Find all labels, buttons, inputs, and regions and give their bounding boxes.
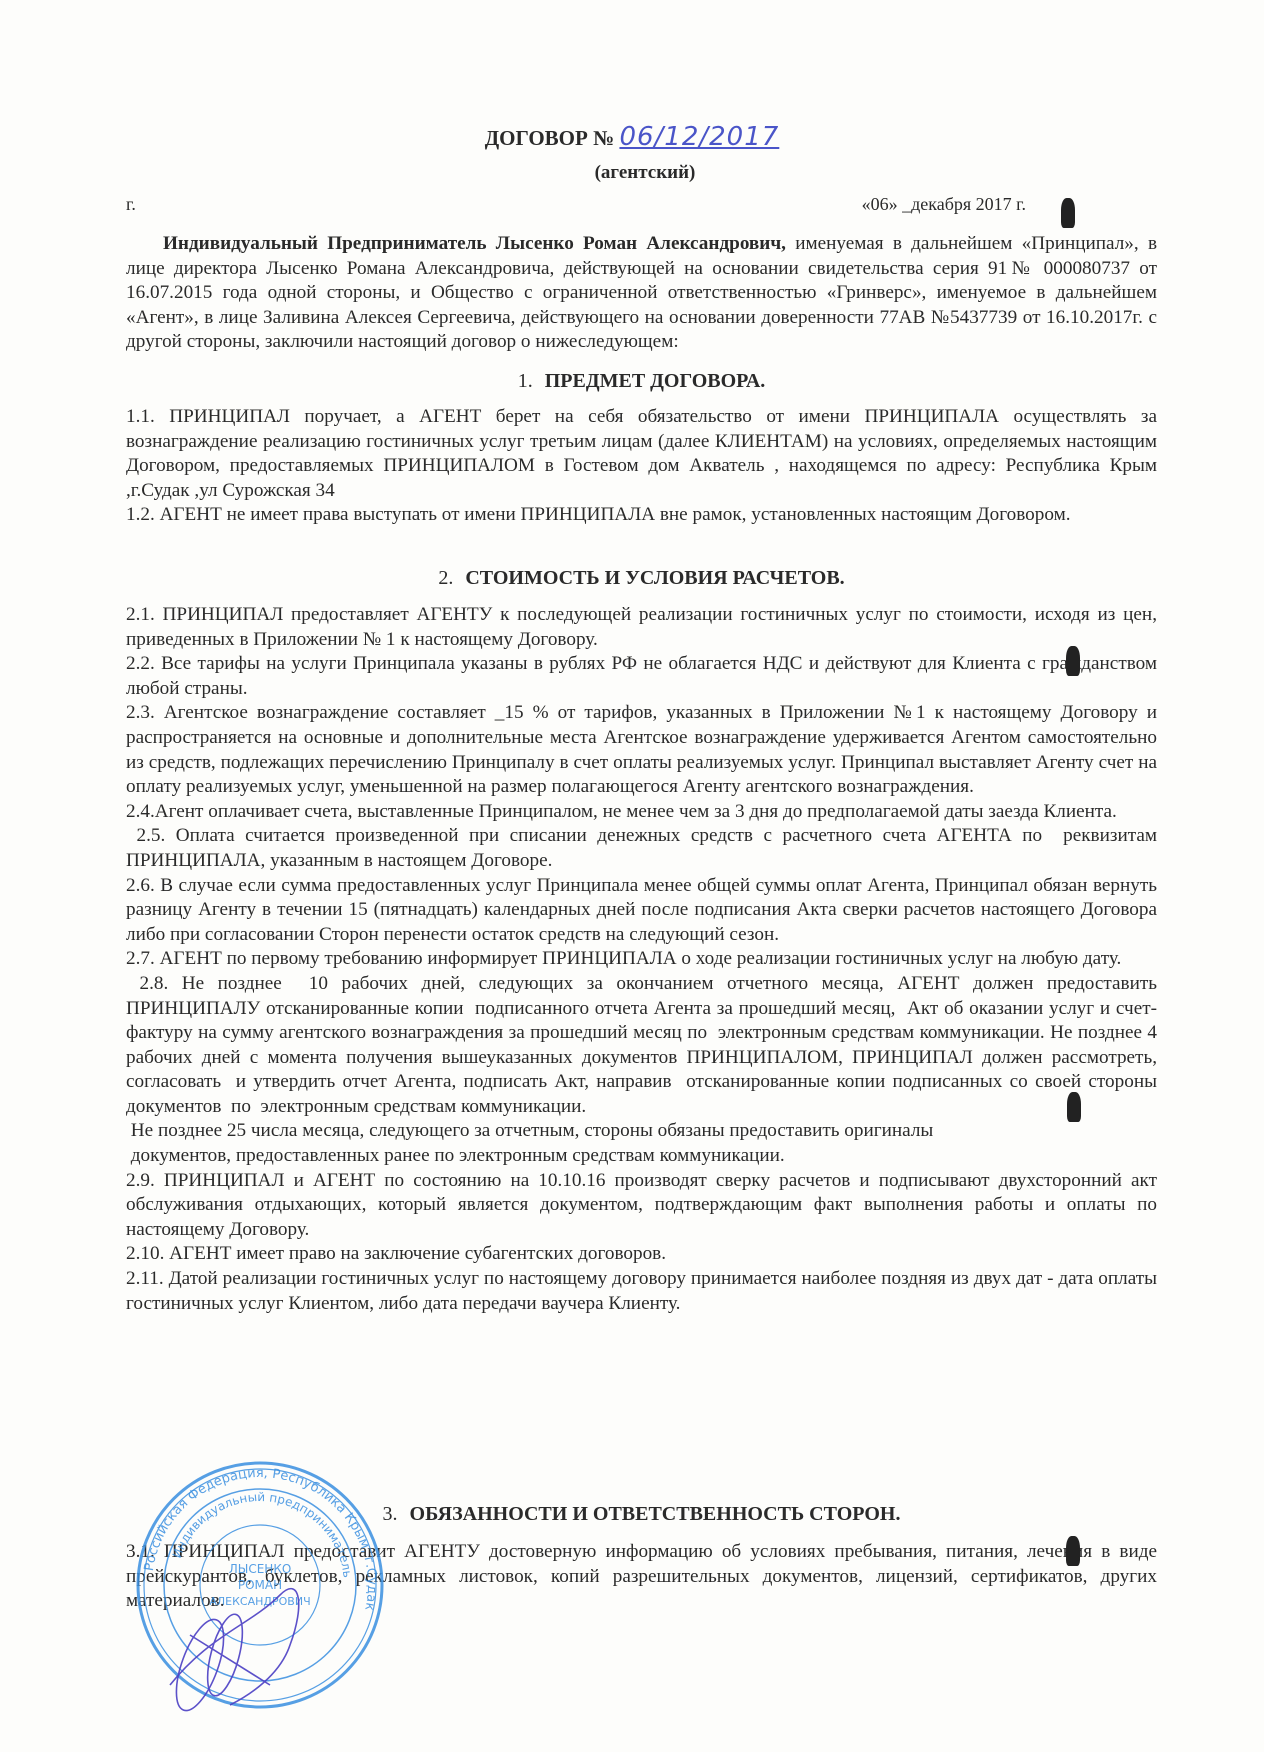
clause-2-8-originals-line-2: документов, предоставленных ранее по эле… (126, 1144, 1157, 1169)
handwritten-contract-number: 06/12/2017 (619, 122, 779, 152)
clause-1-2: 1.2. АГЕНТ не имеет права выступать от и… (126, 503, 1157, 528)
section-2: 2.СТОИМОСТЬ И УСЛОВИЯ РАСЧЕТОВ. (126, 566, 1157, 591)
title-prefix: ДОГОВОР № (485, 126, 614, 150)
clause-2-11: 2.11. Датой реализации гостиничных услуг… (126, 1267, 1157, 1316)
company-stamp-icon: Российская Федерация, Республика Крым, г… (130, 1455, 390, 1715)
svg-text:РОМАН: РОМАН (238, 1578, 282, 1592)
contract-subtitle: (агентский) (0, 162, 1264, 184)
scan-blot-icon (1061, 198, 1075, 228)
city-label: г. (126, 194, 136, 215)
scan-blot-icon (1067, 1092, 1081, 1122)
city-date-line: г. «06» _декабря 2017 г. (126, 194, 1026, 215)
svg-text:АЛЕКСАНДРОВИЧ: АЛЕКСАНДРОВИЧ (209, 1595, 310, 1608)
clause-2-7: 2.7. АГЕНТ по первому требованию информи… (126, 947, 1157, 972)
clause-2-3: 2.3. Агентское вознаграждение составляет… (126, 701, 1157, 799)
clause-2-4: 2.4.Агент оплачивает счета, выставленные… (126, 800, 1157, 825)
clause-2-5: 2.5. Оплата считается произведенной при … (126, 824, 1157, 873)
section-heading: 1.ПРЕДМЕТ ДОГОВОРА. (126, 369, 1157, 394)
section-1-clauses: 1.1. ПРИНЦИПАЛ поручает, а АГЕНТ берет н… (126, 405, 1157, 528)
clause-2-2: 2.2. Все тарифы на услуги Принципала ука… (126, 652, 1157, 701)
contract-date: «06» _декабря 2017 г. (862, 194, 1026, 215)
contract-page: ДОГОВОР № 06/12/2017 (агентский) г. «06»… (0, 0, 1264, 1752)
scan-blot-icon (1066, 646, 1080, 676)
clause-2-9: 2.9. ПРИНЦИПАЛ и АГЕНТ по состоянию на 1… (126, 1169, 1157, 1243)
scan-blot-icon (1066, 1536, 1080, 1566)
clause-1-1: 1.1. ПРИНЦИПАЛ поручает, а АГЕНТ берет н… (126, 405, 1157, 503)
contract-title: ДОГОВОР № 06/12/2017 (0, 122, 1264, 152)
section-heading: 2.СТОИМОСТЬ И УСЛОВИЯ РАСЧЕТОВ. (126, 566, 1157, 591)
principal-name: Индивидуальный Предприниматель Лысенко Р… (163, 233, 786, 254)
clause-2-6: 2.6. В случае если сумма предоставленных… (126, 874, 1157, 948)
svg-text:ЛЫСЕНКО: ЛЫСЕНКО (229, 1562, 292, 1576)
clause-2-8: 2.8. Не позднее 10 рабочих дней, следующ… (126, 972, 1157, 1120)
preamble: Индивидуальный Предприниматель Лысенко Р… (126, 232, 1157, 355)
clause-2-8-originals-line-1: Не позднее 25 числа месяца, следующего з… (126, 1119, 1157, 1144)
clause-2-1: 2.1. ПРИНЦИПАЛ предоставляет АГЕНТУ к по… (126, 603, 1157, 652)
section-1: 1.ПРЕДМЕТ ДОГОВОРА. (126, 369, 1157, 394)
clause-2-10: 2.10. АГЕНТ имеет право на заключение су… (126, 1242, 1157, 1267)
section-2-clauses: 2.1. ПРИНЦИПАЛ предоставляет АГЕНТУ к по… (126, 603, 1157, 1316)
